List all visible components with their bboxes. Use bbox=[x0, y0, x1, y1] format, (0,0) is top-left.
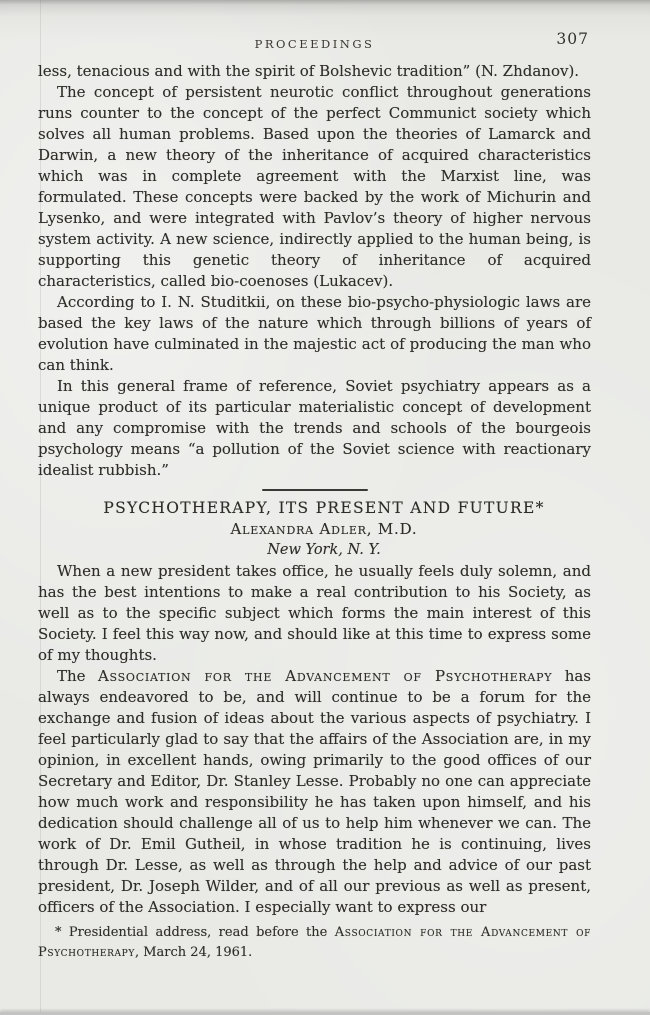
book-page: PROCEEDINGS 307 less, tenacious and with… bbox=[0, 0, 650, 1015]
paragraph: When a new president takes office, he us… bbox=[38, 561, 591, 666]
article-author-location: New York, N. Y. bbox=[38, 540, 591, 561]
footnote-text: * Presidential address, read before the bbox=[55, 925, 335, 940]
footnote: * Presidential address, read before the … bbox=[38, 923, 591, 963]
paragraph: According to I. N. Studitkii, on these b… bbox=[38, 292, 591, 376]
paragraph-text: The bbox=[57, 667, 98, 685]
article-title: PSYCHOTHERAPY, ITS PRESENT AND FUTURE* bbox=[38, 498, 591, 519]
article-author: Alexandra Adler, M.D. bbox=[38, 519, 591, 540]
section-divider-rule bbox=[262, 489, 368, 491]
running-title: PROCEEDINGS bbox=[255, 37, 375, 51]
paragraph: The Association for the Advancement of P… bbox=[38, 666, 591, 918]
paragraph-text: has always endeavored to be, and will co… bbox=[38, 667, 591, 916]
footnote-text: , March 24, 1961. bbox=[135, 945, 252, 960]
paragraph-continuation: less, tenacious and with the spirit of B… bbox=[38, 61, 591, 82]
paragraph: The concept of persistent neurotic confl… bbox=[38, 82, 591, 292]
running-header: PROCEEDINGS 307 bbox=[38, 33, 591, 52]
paragraph: In this general frame of reference, Sovi… bbox=[38, 376, 591, 481]
page-number: 307 bbox=[556, 30, 589, 48]
association-name-smallcaps: Association for the Advancement of Psych… bbox=[98, 667, 552, 685]
page-body: less, tenacious and with the spirit of B… bbox=[38, 61, 591, 963]
